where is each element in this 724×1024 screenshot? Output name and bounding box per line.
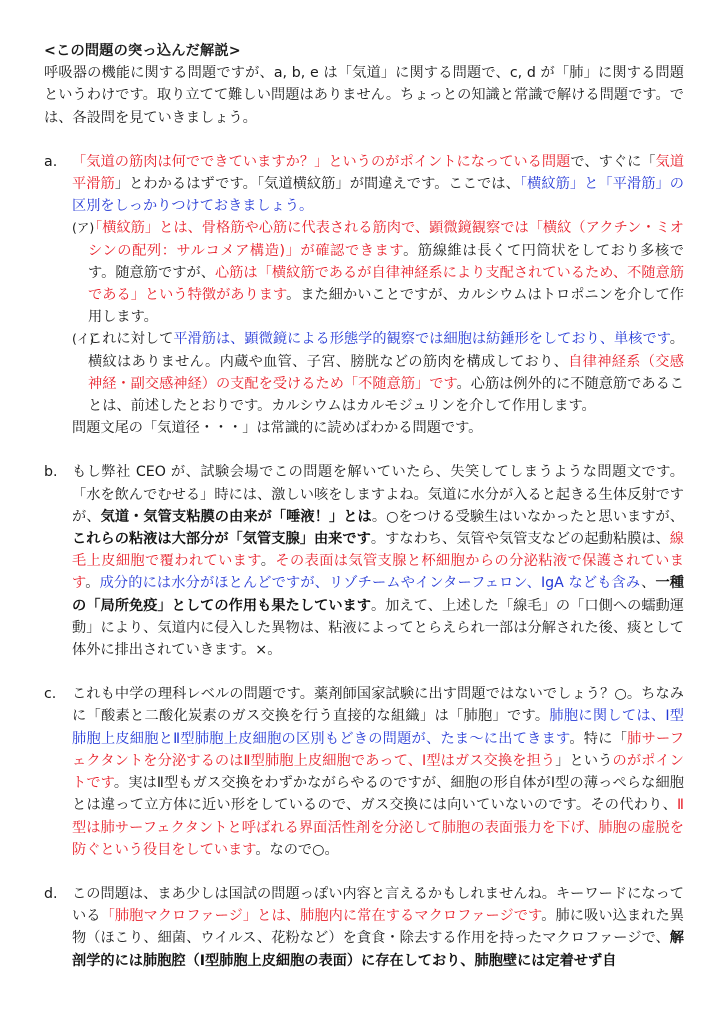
highlight-bold: これらの粘液は大部分が「気管支腺」由来です xyxy=(72,531,371,547)
highlight-red: 「肺胞マクロファージ」とは、肺胞内に常在するマクロファージです xyxy=(101,908,542,924)
answer-item-d: d. この問題は、まあ少しは国試の問題っぽい内容と言えるかもしれませんね。キーワ… xyxy=(44,883,684,972)
highlight-bold: 気道・気管支粘膜の由来が「唾液！」とは xyxy=(101,509,372,525)
highlight-blue: 成分的には水分がほとんどですが、リゾチームやインターフェロン、IgA なども含み xyxy=(100,575,642,591)
item-body: 「気道の筋肉は何でできていますか？」というのがポイントになっている問題で、すぐに… xyxy=(72,151,684,218)
text: 」とわかるはずです。「気道横紋筋」が間違えです。ここでは、 xyxy=(115,176,520,192)
item-label: d. xyxy=(44,883,58,905)
text: 」という xyxy=(555,753,612,769)
section-heading: <この問題の突っ込んだ解説> xyxy=(44,40,684,62)
sub-item-i: (イ) これに対して平滑筋は、顕微鏡による形態学的観察では細胞は紡錘形をしており… xyxy=(72,328,684,417)
text: 。なので○。 xyxy=(255,842,338,858)
text: これに対して xyxy=(88,331,173,347)
text: 。○をつける受験生はいなかったと思いますが、 xyxy=(372,509,684,525)
item-label: c. xyxy=(44,683,56,705)
item-label: b. xyxy=(44,461,58,483)
answer-item-b: b. もし弊社 CEO が、試験会場でこの問題を解いていたら、失笑してしまうよう… xyxy=(44,461,684,661)
intro-paragraph: 呼吸器の機能に関する問題ですが、a, b, e は「気道」に関する問題で、c, … xyxy=(44,62,684,129)
answer-item-c: c. これも中学の理科レベルの問題です。薬剤師国家試験に出す問題ではないでしょう… xyxy=(44,683,684,861)
item-body: この問題は、まあ少しは国試の問題っぽい内容と言えるかもしれませんね。キーワードに… xyxy=(72,883,684,972)
text: 。実はⅡ型もガス交換をわずかながらやるのですが、細胞の形自体がⅠ型の薄っぺらな細… xyxy=(72,775,684,813)
text: 。 xyxy=(261,553,276,569)
highlight-red: 「気道の筋肉は何でできていますか？」というのがポイントになっている問題 xyxy=(72,154,570,170)
intro-text: 呼吸器の機能に関する問題ですが、a, b, e は「気道」に関する問題で、c, … xyxy=(44,65,684,125)
item-label: a. xyxy=(44,151,57,173)
highlight-blue: 平滑筋は、顕微鏡による形態学的観察では細胞は紡錘形をしており、単核です xyxy=(173,331,669,347)
sub-item-label: (ア) xyxy=(72,217,94,239)
sub-item-a: (ア) 「横紋筋」とは、骨格筋や心筋に代表される筋肉で、顕微鏡観察では「横紋（ア… xyxy=(72,217,684,328)
item-body: これも中学の理科レベルの問題です。薬剤師国家試験に出す問題ではないでしょう？○。… xyxy=(72,683,684,861)
document-page: <この問題の突っ込んだ解説> 呼吸器の機能に関する問題ですが、a, b, e は… xyxy=(44,40,684,972)
text: 。すなわち、気管や気管支などの起動粘膜は、 xyxy=(371,531,670,547)
text: 。特に「 xyxy=(569,731,627,747)
text: 。 xyxy=(85,575,99,591)
text: 、 xyxy=(641,575,655,591)
item-a-closing: 問題文尾の「気道径・・・」は常識的に読めばわかる問題です。 xyxy=(44,417,684,439)
answer-item-a: a. 「気道の筋肉は何でできていますか？」というのがポイントになっている問題で、… xyxy=(44,151,684,440)
sub-item-label: (イ) xyxy=(72,328,94,350)
text: で、すぐに「 xyxy=(570,154,655,170)
item-body: もし弊社 CEO が、試験会場でこの問題を解いていたら、失笑してしまうような問題… xyxy=(72,461,684,661)
